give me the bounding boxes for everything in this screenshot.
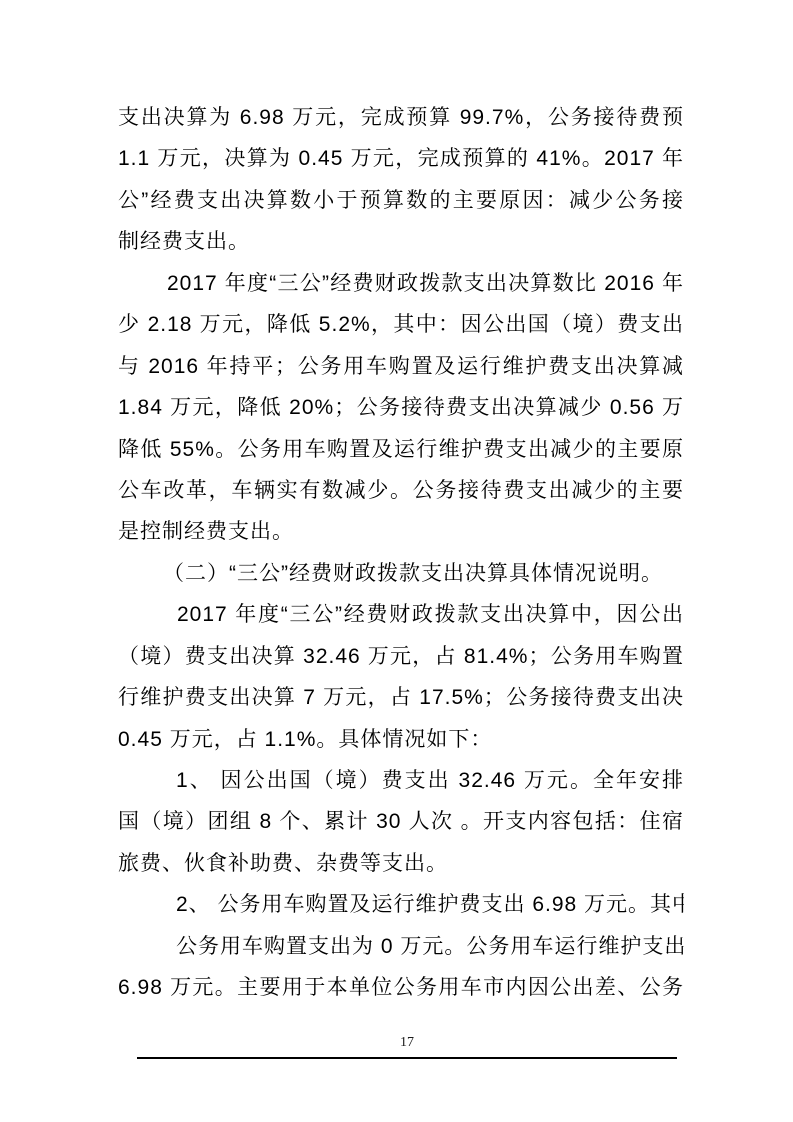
text-line: 0.45 万元，占 1.1%。具体情况如下： [118,719,684,760]
text-line: 1、 因公出国（境）费支出 32.46 万元。全年安排因公出 [118,760,684,801]
footer-rule [137,1057,677,1059]
text-line: 2、 公务用车购置及运行维护费支出 6.98 万元。其中： [118,884,684,925]
text-line: 公车改革，车辆实有数减少。公务接待费支出减少的主要原因 [118,470,684,511]
text-line: （二）“三公”经费财政拨款支出决算具体情况说明。 [118,553,684,594]
text-line: 少 2.18 万元，降低 5.2%，其中：因公出国（境）费支出决算 [118,304,684,345]
text-line: 2017 年度“三公”经费财政拨款支出决算数比 2016 年度减 [118,263,684,304]
text-line: 公务用车购置支出为 0 万元。公务用车运行维护支出 [118,926,684,967]
text-line: 行维护费支出决算 7 万元，占 17.5%；公务接待费支出决算 [118,677,684,718]
text-line: 1.1 万元，决算为 0.45 万元，完成预算的 41%。2017 年度“三 [118,138,684,179]
text-line: 支出决算为 6.98 万元，完成预算 99.7%，公务接待费预算为 [118,97,684,138]
text-line: 6.98 万元。主要用于本单位公务用车市内因公出差、公务文件 [118,967,684,1008]
text-line: 国（境）团组 8 个、累计 30 人次 。开支内容包括：住宿费、 [118,801,684,842]
text-line: 降低 55%。公务用车购置及运行维护费支出减少的主要原因是 [118,429,684,470]
text-line: 公”经费支出决算数小于预算数的主要原因：减少公务接待，控 [118,180,684,221]
text-line: 旅费、伙食补助费、杂费等支出。 [118,843,684,884]
page-number: 17 [137,1033,677,1053]
text-line: 制经费支出。 [118,221,684,262]
text-line: （境）费支出决算 32.46 万元，占 81.4%；公务用车购置及运 [118,636,684,677]
text-line: 1.84 万元，降低 20%；公务接待费支出决算减少 0.56 万元， [118,387,684,428]
page-footer: 17 [137,1033,677,1063]
document-body: 支出决算为 6.98 万元，完成预算 99.7%，公务接待费预算为1.1 万元，… [118,97,684,1009]
text-line: 是控制经费支出。 [118,511,684,552]
text-line: 与 2016 年持平；公务用车购置及运行维护费支出决算减少 [118,346,684,387]
document-page: 支出决算为 6.98 万元，完成预算 99.7%，公务接待费预算为1.1 万元，… [0,0,793,1122]
text-line: 2017 年度“三公”经费财政拨款支出决算中，因公出国 [118,594,684,635]
